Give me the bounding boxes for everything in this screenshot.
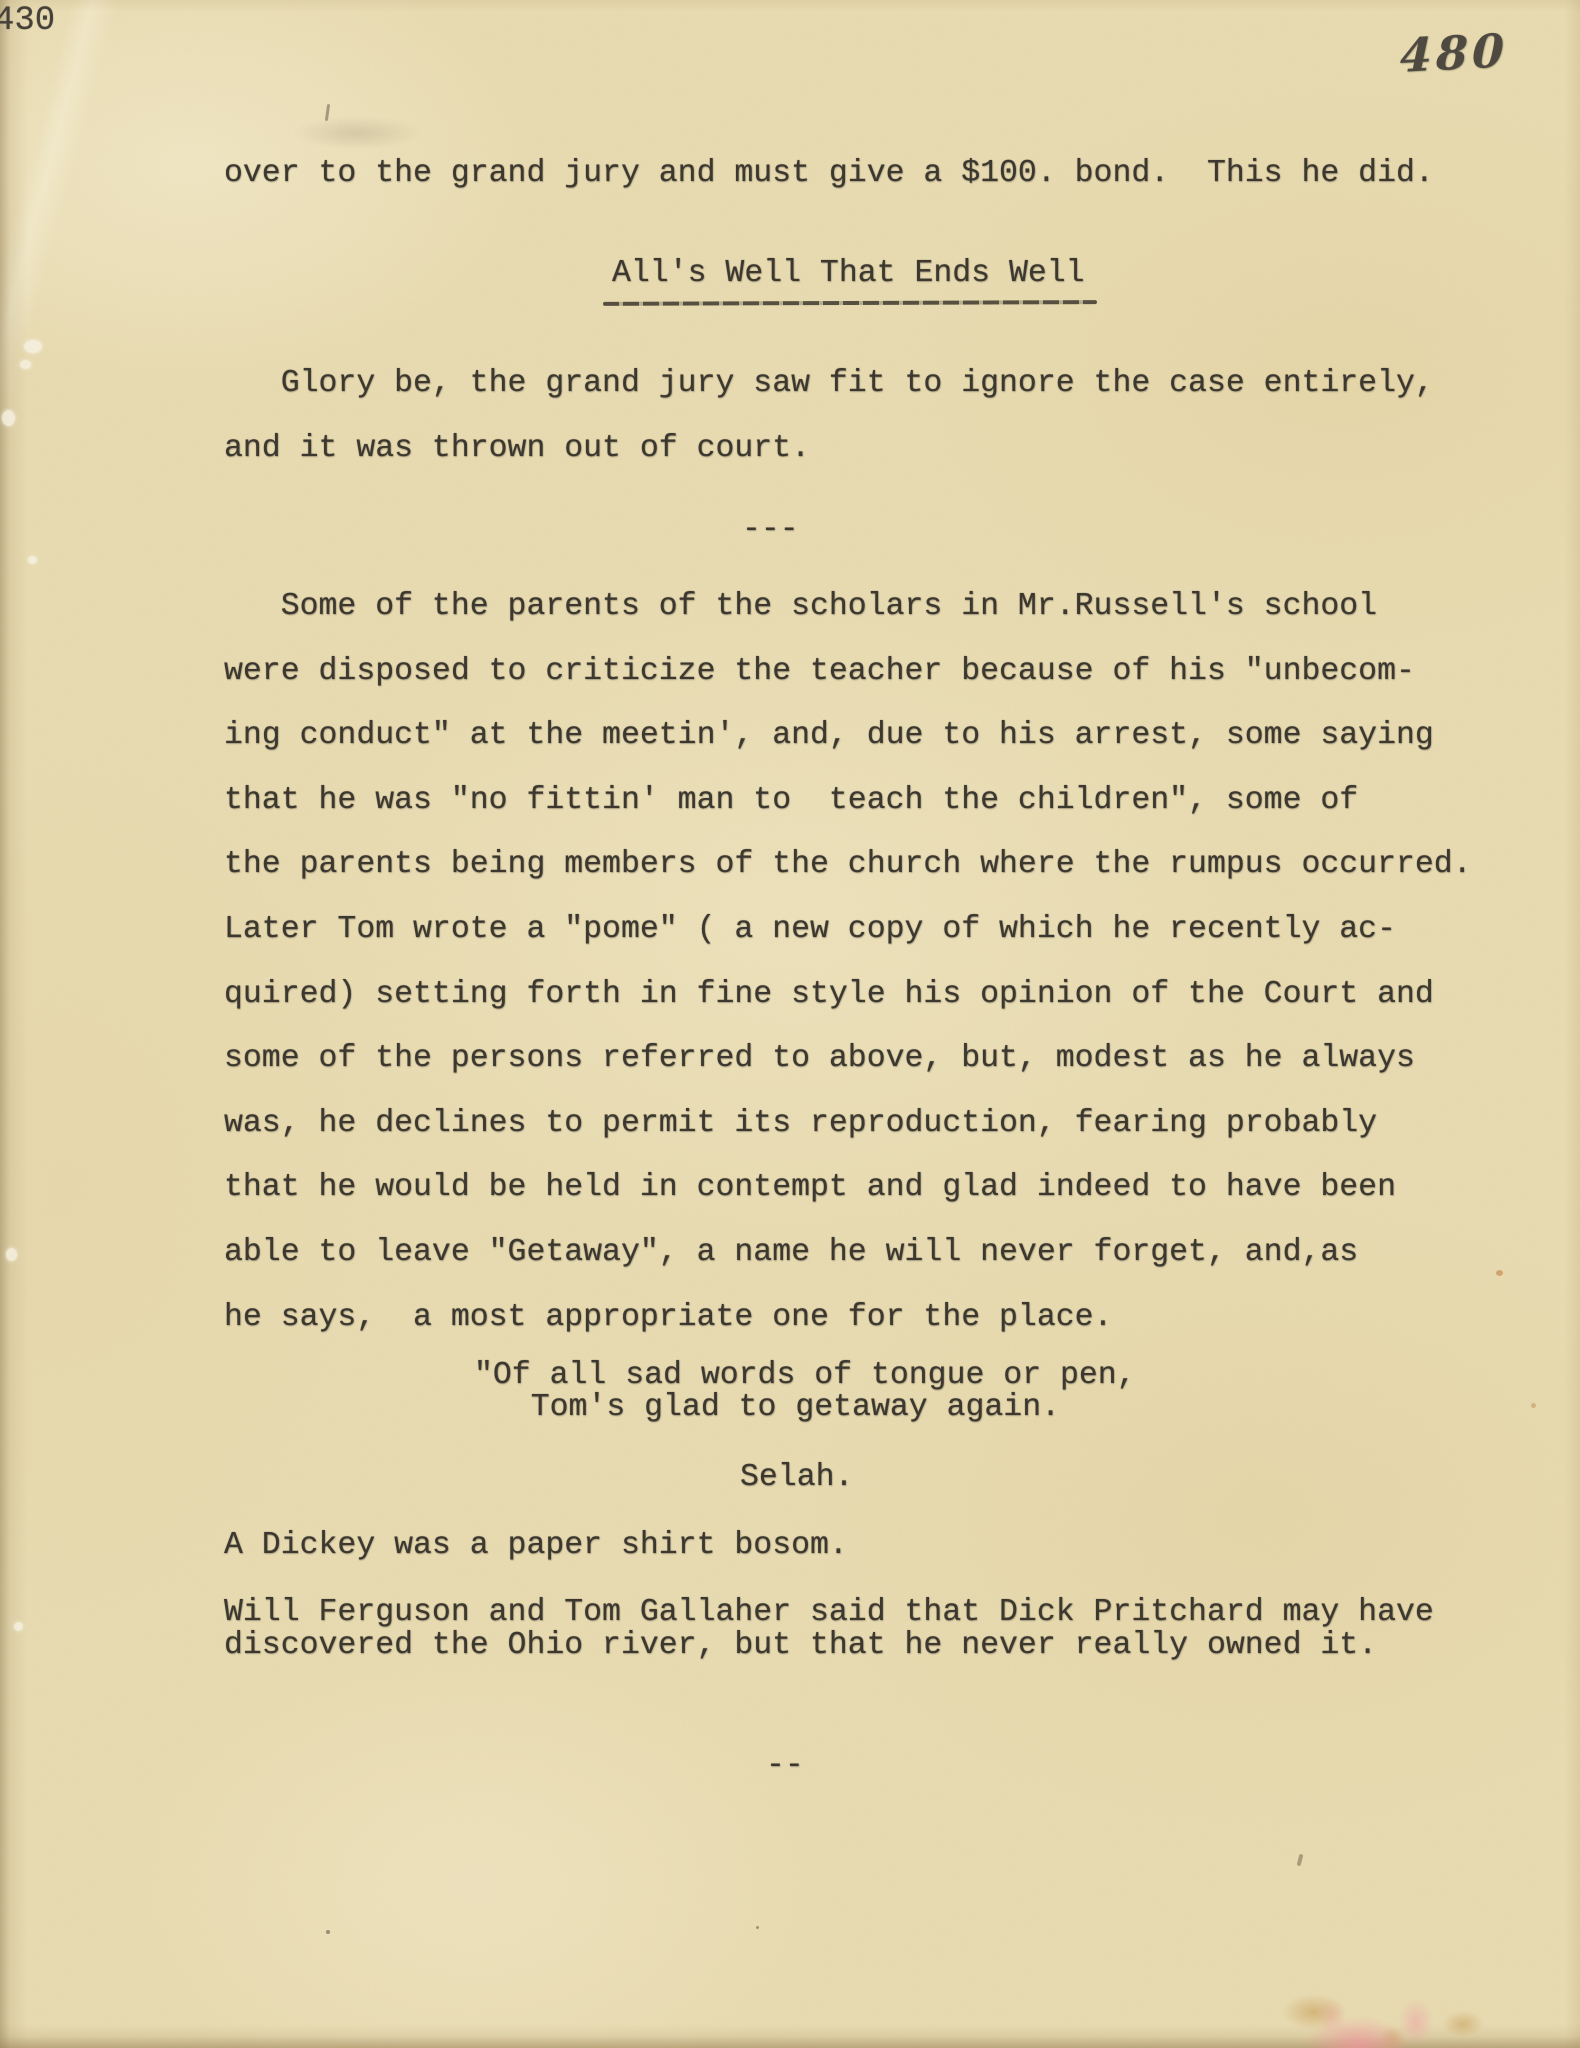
separator-bottom: -- — [766, 1748, 804, 1783]
torn-edge-chip — [24, 340, 42, 353]
pencil-tick-mark — [325, 104, 330, 121]
ink-speck — [1297, 1854, 1304, 1867]
torn-edge-chip — [14, 1622, 23, 1631]
page-number-printed: 430 — [0, 2, 55, 40]
paragraph-glory: Glory be, the grand jury saw fit to igno… — [224, 352, 1434, 481]
separator-top: --- — [742, 512, 799, 547]
eraser-smudge — [292, 116, 422, 150]
heading-underline — [603, 300, 1097, 306]
section-heading: All's Well That Ends Well — [612, 256, 1085, 291]
opening-line: over to the grand jury and must give a $… — [224, 156, 1434, 191]
scanned-page: 430 480 over to the grand jury and must … — [0, 0, 1580, 2048]
torn-edge-chip — [20, 360, 31, 369]
note-ferguson: Will Ferguson and Tom Gallaher said that… — [224, 1597, 1434, 1662]
note-dickey: A Dickey was a paper shirt bosom. — [224, 1528, 848, 1563]
paragraph-school: Some of the parents of the scholars in M… — [224, 575, 1472, 1350]
page-number-handwritten: 480 — [1400, 23, 1509, 83]
rust-freckle — [1531, 1403, 1536, 1408]
torn-edge-chip — [2, 410, 15, 426]
ink-speck — [756, 1926, 759, 1929]
poem-couplet: "Of all sad words of tongue or pen, Tom'… — [474, 1360, 1136, 1424]
selah-line: Selah. — [740, 1460, 853, 1495]
ink-speck — [326, 1930, 330, 1934]
torn-edge-chip — [6, 1248, 17, 1261]
rust-freckle — [1496, 1270, 1503, 1276]
torn-edge-chip — [28, 556, 37, 564]
